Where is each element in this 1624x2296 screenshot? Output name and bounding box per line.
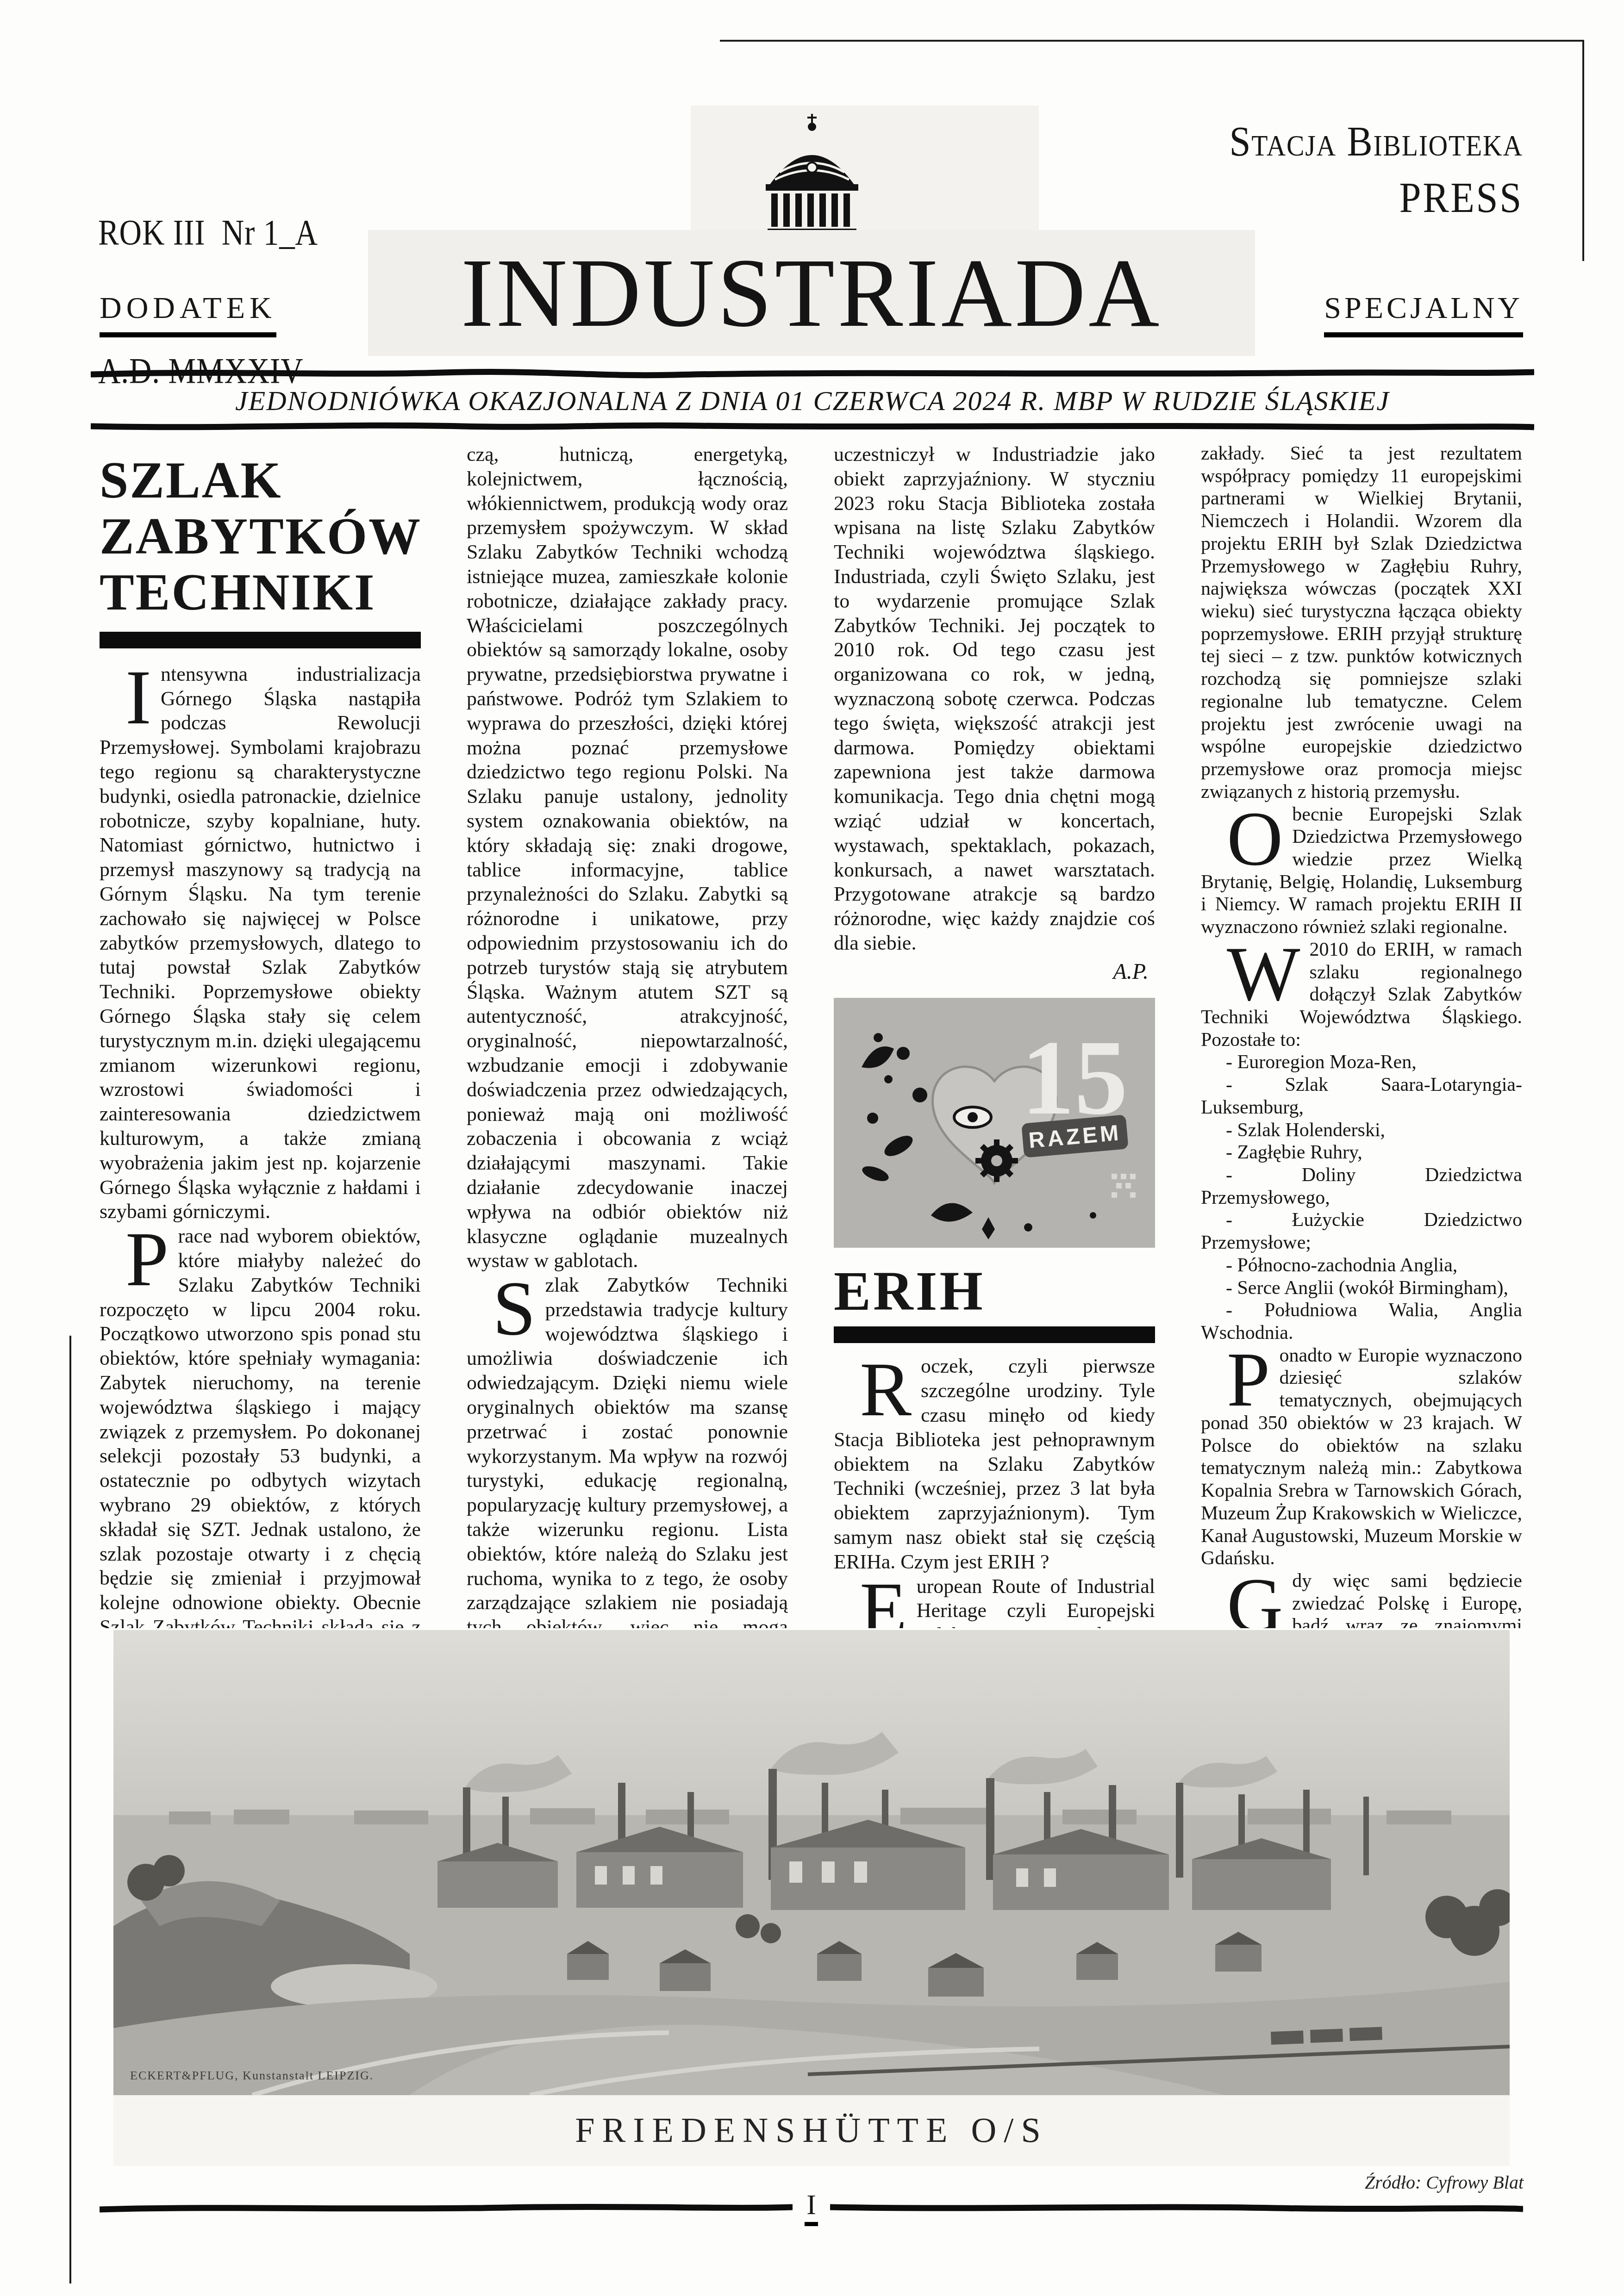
article-paragraph: Ponadto w Europie wyznaczono dziesięć sz… bbox=[1201, 1344, 1522, 1570]
column-2: czą, hutniczą, energetyką, kolejnictwem,… bbox=[467, 442, 788, 1628]
paragraph-text: czą, hutniczą, energetyką, kolejnictwem,… bbox=[467, 443, 788, 1272]
article-paragraph: czą, hutniczą, energetyką, kolejnictwem,… bbox=[467, 442, 788, 1273]
route-list-item: - Euroregion Moza-Ren, bbox=[1201, 1051, 1522, 1074]
route-list-item: - Szlak Holenderski, bbox=[1201, 1119, 1522, 1142]
paragraph-text: ntensywna industrializacja Górnego Śląsk… bbox=[100, 663, 421, 1223]
page-frame-line bbox=[1582, 40, 1584, 261]
article-paragraph: Intensywna industrializacja Górnego Śląs… bbox=[100, 662, 421, 1224]
headline-rule bbox=[100, 632, 421, 648]
column-4: zakłady. Sieć ta jest rezultatem współpr… bbox=[1201, 442, 1522, 1628]
masthead: INDUSTRIADA bbox=[368, 230, 1255, 356]
photo-caption: FRIEDENSHÜTTE O/S bbox=[113, 2095, 1510, 2166]
supplement-label-right: SPECJALNY bbox=[1324, 291, 1523, 337]
dateline-bar: JEDNODNIÓWKA OKAZJONALNA Z DNIA 01 CZERW… bbox=[91, 368, 1534, 432]
paragraph-text: zakłady. Sieć ta jest rezultatem współpr… bbox=[1201, 443, 1522, 803]
friedenshutte-engraving bbox=[113, 1630, 1510, 2095]
article-paragraph: uczestniczył w Industriadzie jako obiekt… bbox=[834, 442, 1155, 956]
article-paragraph: Szlak Zabytków Techniki przedstawia trad… bbox=[467, 1273, 788, 1628]
drop-cap: P bbox=[1227, 1344, 1279, 1408]
article-paragraph: European Route of Industrial Heritage cz… bbox=[834, 1574, 1155, 1629]
page-footer: I bbox=[100, 2183, 1523, 2234]
wavy-rule-bottom bbox=[91, 422, 1534, 432]
route-list-item: - Serce Anglii (wokół Birmingham), bbox=[1201, 1277, 1522, 1300]
anniversary-graphic: 15 RAZEM bbox=[834, 998, 1155, 1248]
paragraph-text: uczestniczył w Industriadzie jako obiekt… bbox=[834, 443, 1155, 954]
article-paragraph: Prace nad wyborem obiektów, które miałyb… bbox=[100, 1224, 421, 1628]
footer-rule-left bbox=[100, 2203, 793, 2213]
article-paragraph: Obecnie Europejski Szlak Dziedzictwa Prz… bbox=[1201, 803, 1522, 939]
page-frame-line bbox=[69, 1336, 71, 2284]
article-paragraph: zakłady. Sieć ta jest rezultatem współpr… bbox=[1201, 442, 1522, 803]
publisher-info: Stacja Biblioteka PRESS bbox=[1230, 115, 1523, 225]
supplement-label-left: DODATEK bbox=[100, 291, 276, 337]
headline-line: ZABYTKÓW bbox=[100, 509, 421, 565]
column-1: SZLAK ZABYTKÓW TECHNIKI Intensywna indus… bbox=[100, 442, 421, 1628]
byline: A.P. bbox=[834, 958, 1149, 985]
publisher-name: Stacja Biblioteka bbox=[1230, 115, 1523, 168]
article-headline-szt: SZLAK ZABYTKÓW TECHNIKI bbox=[100, 453, 421, 621]
route-list-item: - Łużyckie Dziedzictwo Przemysłowe; bbox=[1201, 1209, 1522, 1254]
page-frame-line bbox=[720, 40, 1584, 42]
drop-cap: O bbox=[1227, 803, 1292, 867]
dateline-text: JEDNODNIÓWKA OKAZJONALNA Z DNIA 01 CZERW… bbox=[91, 379, 1534, 422]
library-building-icon bbox=[743, 111, 881, 250]
wavy-rule-top bbox=[91, 368, 1534, 379]
drop-cap: G bbox=[1227, 1570, 1292, 1628]
issue-number: ROK III Nr 1_A bbox=[98, 209, 318, 255]
drop-cap: E bbox=[860, 1574, 917, 1629]
headline-line: SZLAK bbox=[100, 453, 421, 509]
headline-rule bbox=[834, 1326, 1155, 1343]
drop-cap: I bbox=[125, 662, 161, 726]
newspaper-title: INDUSTRIADA bbox=[461, 236, 1162, 349]
drop-cap: P bbox=[125, 1224, 178, 1288]
route-list-item: - Południowa Walia, Anglia Wschodnia. bbox=[1201, 1299, 1522, 1344]
route-list: - Euroregion Moza-Ren, - Szlak Saara-Lot… bbox=[1201, 1051, 1522, 1344]
photo-credit: ECKERT&PFLUG, Kunstanstalt LEIPZIG. bbox=[130, 2069, 374, 2083]
panorama-photo: FRIEDENSHÜTTE O/S ECKERT&PFLUG, Kunstans… bbox=[113, 1630, 1510, 2166]
publisher-press-label: PRESS bbox=[1230, 171, 1523, 225]
drop-cap: S bbox=[493, 1273, 545, 1337]
page-number: I bbox=[805, 2190, 818, 2226]
drop-cap: R bbox=[860, 1354, 921, 1418]
footer-rule-right bbox=[830, 2203, 1523, 2213]
article-headline-erih: ERIH bbox=[834, 1263, 1155, 1319]
route-list-item: - Zagłębie Ruhry, bbox=[1201, 1141, 1522, 1164]
article-paragraph: Roczek, czyli pierwsze szczególne urodzi… bbox=[834, 1354, 1155, 1574]
article-paragraph: Gdy więc sami będziecie zwiedzać Polskę … bbox=[1201, 1570, 1522, 1628]
article-paragraph: W2010 do ERIH, w ramach szlaku regionaln… bbox=[1201, 939, 1522, 1052]
newspaper-page: { "masthead": { "issue_line1": "ROK III … bbox=[0, 0, 1624, 2296]
headline-line: TECHNIKI bbox=[100, 565, 421, 621]
route-list-item: - Północno-zachodnia Anglia, bbox=[1201, 1254, 1522, 1277]
drop-cap: W bbox=[1227, 939, 1310, 1002]
article-columns: SZLAK ZABYTKÓW TECHNIKI Intensywna indus… bbox=[100, 442, 1523, 1628]
column-3: uczestniczył w Industriadzie jako obiekt… bbox=[834, 442, 1155, 1628]
route-list-item: - Szlak Saara-Lotaryngia-Luksemburg, bbox=[1201, 1074, 1522, 1119]
route-list-item: - Doliny Dziedzictwa Przemysłowego, bbox=[1201, 1164, 1522, 1209]
